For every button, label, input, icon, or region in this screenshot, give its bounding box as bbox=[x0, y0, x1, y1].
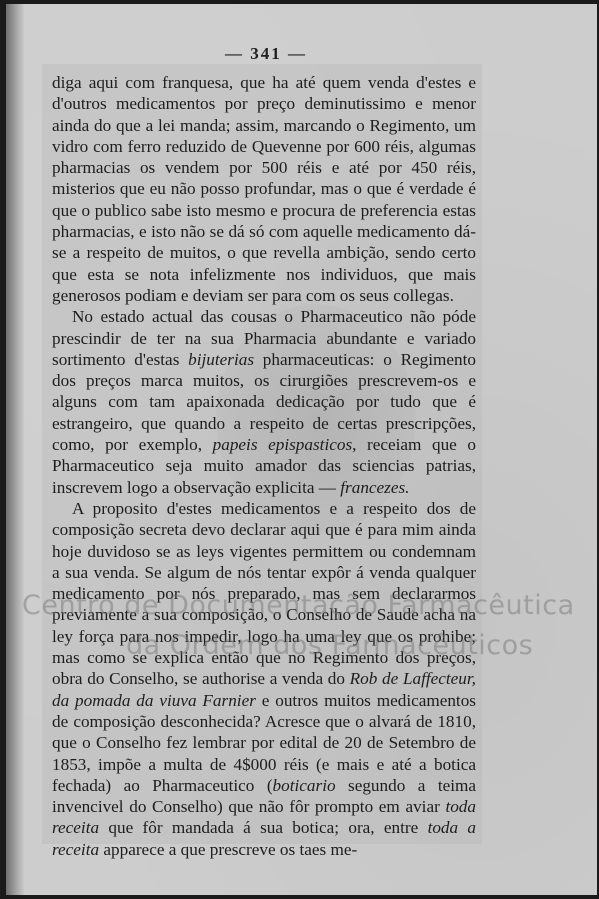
watermark-line-1: Centro de Documentação Farmacêutica bbox=[22, 590, 575, 621]
paragraph-2: No estado actual das cousas o Pharmaceut… bbox=[52, 306, 476, 498]
scanned-page: — 341 — diga aqui com franquesa, que ha … bbox=[6, 4, 597, 895]
body-text: diga aqui com franquesa, que ha até quem… bbox=[52, 72, 476, 860]
italic-term: boticario bbox=[273, 776, 336, 795]
italic-term: bijuterias bbox=[188, 350, 254, 369]
watermark-line-2: da Ordem dos Farmacêuticos bbox=[126, 630, 533, 661]
italic-term: francezes. bbox=[340, 478, 409, 497]
text-span: apparece a que prescreve os taes me- bbox=[99, 840, 357, 859]
page-number: — 341 — bbox=[6, 44, 526, 64]
text-span: que fôr mandada á sua botica; ora, entre bbox=[99, 818, 427, 837]
paragraph-3: A proposito d'estes medicamentos e a res… bbox=[52, 498, 476, 860]
italic-term: papeis epispasticos bbox=[213, 435, 353, 454]
book-gutter-shadow bbox=[6, 4, 24, 895]
paragraph-1: diga aqui com franquesa, que ha até quem… bbox=[52, 72, 476, 306]
